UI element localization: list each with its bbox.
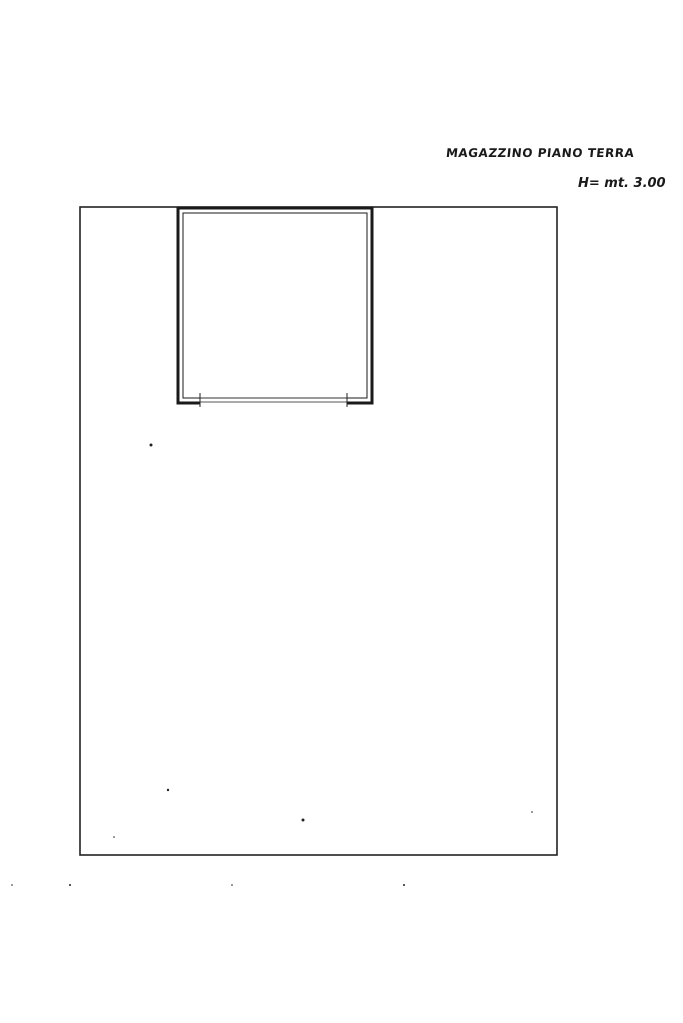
- room-walls: [178, 208, 372, 403]
- room-opening: [200, 393, 347, 407]
- floor-plan-drawing: [0, 0, 683, 1023]
- outer-boundary: [80, 207, 557, 855]
- floor-plan-sheet: MAGAZZINO PIANO TERRA H= mt. 3.00: [0, 0, 683, 1023]
- scan-specks: [11, 444, 533, 887]
